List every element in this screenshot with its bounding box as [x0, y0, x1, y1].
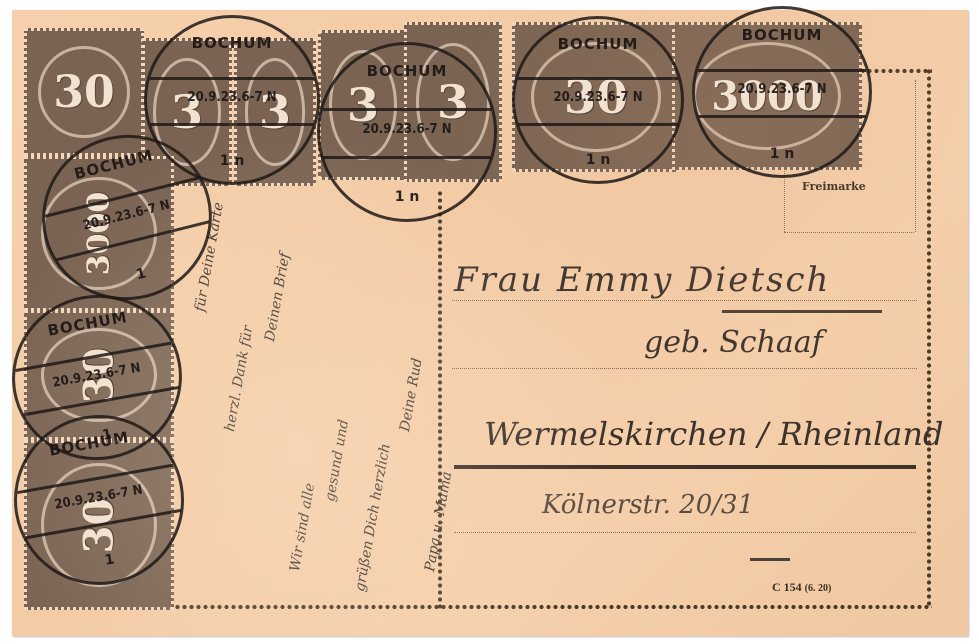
postmark-city: BOCHUM [320, 62, 494, 80]
address-line-4 [454, 532, 916, 534]
postcard: en Freimarke Frau Emmy Dietsch geb. Scha… [12, 10, 968, 636]
postmark-date: 20.9.23.6-7 N [695, 82, 869, 97]
postmark-office: 1 n [320, 189, 494, 205]
postmark-bar [150, 77, 313, 80]
stamp-value: 30 [53, 67, 114, 118]
postmark-date: 20.9.23.6-7 N [320, 122, 494, 137]
postmark-city: BOCHUM [695, 26, 869, 44]
stamp-box-bottom [784, 232, 914, 234]
postmark-bar [323, 108, 490, 111]
message-line: Deine Rud [397, 357, 426, 433]
postmark-date: 20.9.23.6-7 N [515, 90, 681, 105]
postmark-office: 1 n [695, 146, 869, 162]
form-code-number: C 154 [772, 580, 802, 594]
message-line: Wir sind alle [287, 482, 318, 573]
message-line: gesund und [322, 418, 352, 502]
postmark-city: BOCHUM [147, 34, 317, 52]
postmark: BOCHUM 20.9.23.6-7 N 1 n [692, 6, 872, 178]
postmark-office: 1 n [515, 152, 681, 168]
postmark-bar [150, 123, 313, 126]
frame-right-border [926, 68, 932, 608]
postmark-date: 20.9.23.6-7 N [147, 90, 317, 105]
stamp-box-right [915, 80, 917, 232]
address-line-2 [452, 368, 917, 370]
message-line: herzl. Dank für [222, 324, 256, 432]
postmark: BOCHUM 20.9.23.6-7 N 1 n [317, 42, 497, 222]
address-city: Wermelskirchen / Rheinland [484, 415, 943, 453]
message-line: grüßen Dich herzlich [352, 442, 394, 592]
address-line-3-underline [454, 465, 916, 469]
postmark-bar [698, 115, 865, 118]
number-underline [750, 558, 790, 561]
address-recipient: Frau Emmy Dietsch [454, 260, 830, 300]
address-line-1 [452, 300, 917, 302]
frame-bottom-border [174, 604, 932, 610]
postmark-bar [518, 123, 677, 126]
postmark-bar [698, 69, 865, 72]
address-street: Kölnerstr. 20/31 [542, 490, 754, 520]
stamp-box-label: Freimarke [802, 180, 866, 193]
postmark-bar [518, 77, 677, 80]
postmark-city: BOCHUM [515, 35, 681, 53]
address-maiden-name: geb. Schaaf [644, 325, 823, 360]
name-underline [722, 310, 882, 313]
form-code-edition: (6. 20) [805, 583, 832, 594]
message-line: Deinen Brief [262, 252, 293, 343]
message-line: Papa u. Mama [422, 470, 455, 572]
postmark: BOCHUM 20.9.23.6-7 N 1 n [512, 16, 684, 184]
form-code: C 154 (6. 20) [772, 580, 831, 595]
postmark-bar [323, 156, 490, 159]
